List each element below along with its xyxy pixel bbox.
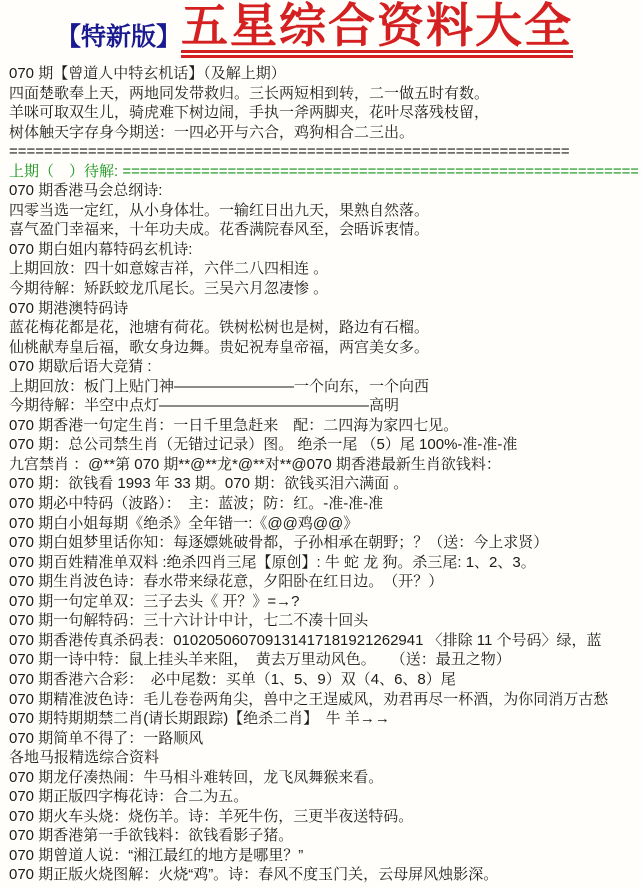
text-line: 070 期正版四字梅花诗：合二为五。 (9, 787, 638, 807)
text-line: 四零当选一定红，从小身体壮。一输红日出九天，果熟自然落。 (9, 201, 638, 221)
text-line: 070 期正版火烧图解：火烧“鸡”。诗：春风不度玉门关，云母屏风烛影深。 (9, 865, 638, 885)
text-line: 070 期一句定单双：三子去头《 开？》=→? (9, 592, 638, 612)
text-line: 070 期香港六合彩： 必中尾数：买单（1、5、9）双（4、6、8）尾 (9, 670, 638, 690)
text-line: 070 期一句解特码：三十六计计中计，七二不凑十回头 (9, 611, 638, 631)
text-line: 070 期百姓精准单双料 :绝杀四肖三尾【原创】: 牛 蛇 龙 狗。杀三尾: 1… (9, 553, 638, 573)
text-line: 070 期白小姐每期《绝杀》全年错一:《@@鸡@@》 (9, 514, 638, 534)
text-line: 070 期港澳特码诗 (9, 299, 638, 319)
text-line: 树体触天字存身今期送：一四必开与六合，鸡狗相合二三出。 (9, 123, 638, 143)
text-line: 070 期香港第一手欲钱料：欲钱看影子猪。 (9, 826, 638, 846)
text-line: 070 期生肖波色诗：春水带来绿花意，夕阳卧在红日边。 （开？） (9, 572, 638, 592)
text-line: 今期待解：半空中点灯——————————————高明 (9, 396, 638, 416)
text-line: 070 期精准波色诗：毛儿卷卷两角尖，兽中之王逞威风，劝君再尽一杯酒，为你同消万… (9, 690, 638, 710)
text-line: 羊咪可取双生儿，骑虎难下树边闹，手执一斧两脚夹，花叶尽落残枝留， (9, 103, 638, 123)
text-line: 上期（ ）待解: ===============================… (9, 162, 638, 182)
text-line: 070 期白姐梦里话你知：每逐嫖姚破骨都，子孙相承在朝野；？（送：今上求贤） (9, 533, 638, 553)
page-header: 【特新版】五星综合资料大全 (0, 0, 642, 58)
content-lines: 070 期【曾道人中特玄机话】（及解上期）四面楚歌奉上天，两地同发带救归。三长两… (0, 58, 642, 885)
text-line: 070 期【曾道人中特玄机话】（及解上期） (9, 64, 638, 84)
text-line: 上期回放：四十如意嫁吉祥，六伴二八四相连 。 (9, 259, 638, 279)
text-line: 070 期：欲钱看 1993 年 33 期。070 期：欲钱买泪六满面 。 (9, 474, 638, 494)
text-line: 070 期必中特码（波路）： 主：蓝波；防：红。-准-准-准 (9, 494, 638, 514)
text-line: 070 期香港马会总纲诗: (9, 181, 638, 201)
lottery-info-page: 【特新版】五星综合资料大全 070 期【曾道人中特玄机话】（及解上期）四面楚歌奉… (0, 0, 642, 887)
text-line: 070 期：总公司禁生肖（无错过记录）图。 绝杀一尾 （5）尾 100%-准-准… (9, 435, 638, 455)
text-line: 070 期龙仔凑热闹：牛马相斗难转回，龙飞凤舞猴来看。 (9, 768, 638, 788)
edition-badge: 【特新版】 (56, 25, 181, 50)
text-line: 喜气盈门幸福来，十年功夫成。花香满院春风至，会晤诉衷情。 (9, 220, 638, 240)
text-line: 070 期香港传真杀码表：010205060709131417181921262… (9, 631, 638, 651)
text-line: 070 期简单不得了：一路顺风 (9, 729, 638, 749)
text-line: 九宫禁肖 ：@**第 070 期**@**龙*@**对**@070 期香港最新生… (9, 455, 638, 475)
text-line: 070 期白姐内幕特码玄机诗: (9, 240, 638, 260)
text-line: 各地马报精选综合资料 (9, 748, 638, 768)
text-line: 070 期曾道人说：“湘江最红的地方是哪里？” (9, 846, 638, 866)
text-line: 仙桃献寿皇后福，歌女身边舞。贵妃祝寿皇帝福，两宫美女多。 (9, 338, 638, 358)
text-line: 070 期歇后语大竞猜 : (9, 357, 638, 377)
text-line: 070 期香港一句定生肖：一日千里急赶来 配：二四海为家四七见。 (9, 416, 638, 436)
text-line: 070 期火车头烧：烧伤羊。诗：羊死牛伤，三更半夜送特码。 (9, 807, 638, 827)
page-title: 五星综合资料大全 (181, 2, 573, 58)
text-line: 蓝花梅花都是花，池塘有荷花。铁树松树也是树，路边有石榴。 (9, 318, 638, 338)
text-line: 四面楚歌奉上天，两地同发带救归。三长两短相到转，二一做五时有数。 (9, 84, 638, 104)
text-line: 070 期特期期禁二肖(请长期跟踪)【绝杀二肖】 牛 羊→→ (9, 709, 638, 729)
text-line: 今期待解：矫跃蛟龙爪尾长。三吴六月忽凄惨 。 (9, 279, 638, 299)
text-line: ========================================… (9, 142, 638, 162)
text-line: 070 期一诗中特：鼠上挂头羊来阻， 黄去万里动风色。 （送：最丑之物） (9, 650, 638, 670)
text-line: 上期回放：板门上贴门神————————一个向东，一个向西 (9, 377, 638, 397)
